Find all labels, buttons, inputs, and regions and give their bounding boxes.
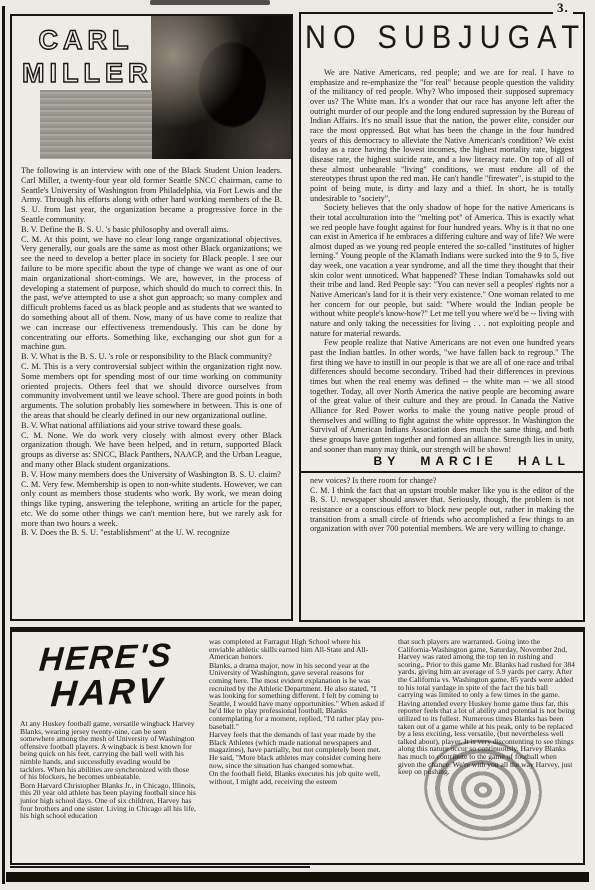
interview-qa: B. V. Define the B. S. U. 's basic philo…	[21, 225, 282, 235]
article-paragraph: Blanks, a drama major, now in his second…	[209, 662, 386, 730]
scan-smudge	[150, 0, 270, 5]
interview-body: The following is an interview with one o…	[21, 166, 282, 538]
headline-line-2: HARV	[50, 671, 197, 712]
interview-continuation: C. M. I think the fact that an upstart t…	[310, 486, 574, 534]
interview-qa: C. M. This is a very controversial subje…	[21, 362, 282, 421]
interview-qa: C. M. Very few. Membership is open to no…	[21, 480, 282, 529]
interview-intro: The following is an interview with one o…	[21, 166, 282, 225]
heres-harv-headline: HERE'S HARV	[36, 637, 200, 713]
photo-halftone-strip	[40, 90, 152, 159]
article-paragraph: We are Native Americans, red people; and…	[310, 68, 574, 203]
harv-column-2: was completed at Farragut High School wh…	[209, 638, 386, 857]
bottom-rule-bar	[6, 872, 589, 882]
article-paragraph: that such players are warranted. Going i…	[398, 638, 575, 699]
headline-line-1: CARL	[39, 25, 134, 55]
article-paragraph: At any Huskey football game, versatile w…	[20, 720, 197, 781]
article-paragraph: Society believes that the only shadow of…	[310, 203, 574, 338]
article-paragraph: Born Harvard Christopher Blanks Jr., in …	[20, 782, 197, 820]
article-paragraph: was completed at Farragut High School wh…	[209, 638, 386, 661]
interview-qa: B. V. How many members does the Universi…	[21, 470, 282, 480]
article-paragraph: On the football field, Blanks executes h…	[209, 770, 386, 785]
article-carl-miller: CARL MILLER The following is an intervie…	[10, 14, 293, 621]
interview-qa: B. V. Does the B. S. U. "establishment" …	[21, 528, 282, 538]
interview-qa: C. M. At this point, we have no clear lo…	[21, 235, 282, 353]
article-paragraph: Harvey feels that the demands of last ye…	[209, 731, 386, 769]
byline-marcie-hall: BY MARCIE HALL	[310, 457, 574, 467]
carl-miller-photo	[151, 16, 291, 159]
article-no-subjugation: NO SUBJUGATION We are Native Americans, …	[299, 12, 585, 622]
newspaper-page: CARL MILLER The following is an intervie…	[0, 0, 595, 890]
page-number: 3.	[553, 0, 573, 16]
column-divider-rule	[301, 471, 583, 473]
interview-qa: C. M. None. We do work very closely with…	[21, 431, 282, 470]
bottom-thin-rule	[10, 866, 310, 868]
interview-continuation: new voices? Is there room for change?	[310, 476, 574, 486]
carl-miller-headline: CARL MILLER	[22, 24, 150, 90]
no-subjugation-headline: NO SUBJUGATION	[305, 20, 579, 57]
no-subjugation-body: We are Native Americans, red people; and…	[310, 68, 574, 618]
article-paragraph: Few people realize that Native Americans…	[310, 338, 574, 454]
interview-qa: B. V. What is the B. S. U. 's role or re…	[21, 352, 282, 362]
interview-qa: B. V. What national affiliations aid you…	[21, 421, 282, 431]
scan-edge-line	[2, 6, 5, 884]
harv-column-1: HERE'S HARV At any Huskey football game,…	[20, 638, 197, 857]
headline-line-2: MILLER	[22, 58, 153, 88]
